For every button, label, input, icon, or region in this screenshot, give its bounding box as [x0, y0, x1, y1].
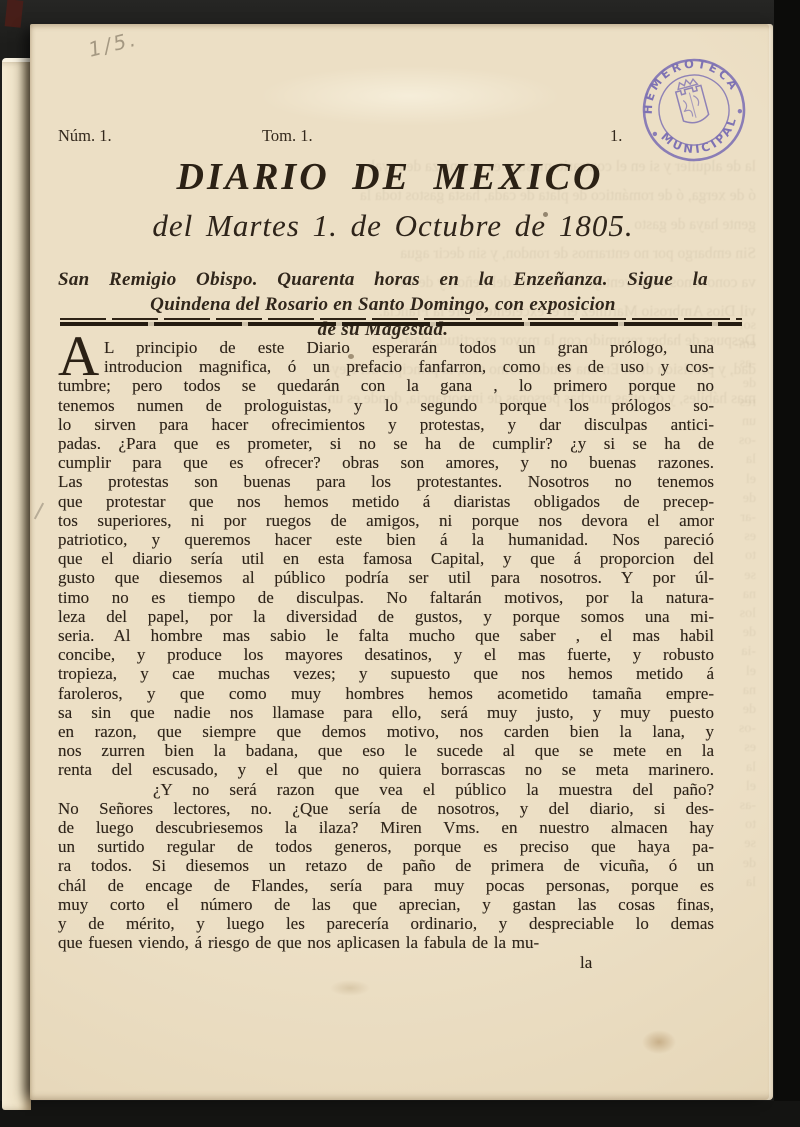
body-line: tos superiores, ni por ruegos de amigos,…: [58, 511, 714, 530]
body-line: seria. Al hombre mas sabio le falta much…: [58, 626, 714, 645]
body-line: que protestar que nos hemos metido á dia…: [58, 492, 714, 511]
body-line: que el diario sería util en esta famosa …: [58, 549, 714, 568]
pencil-shelf-note: 1/5.: [86, 26, 141, 62]
body-line: renta del escusado, y el que no quiera b…: [58, 760, 714, 779]
scan-backdrop-bottom: [0, 1101, 800, 1127]
body-line: tumbre; pero todos se quedarán con la ga…: [58, 376, 714, 395]
newspaper-page: la de alquiler y si en el contrario most…: [30, 24, 773, 1100]
paper-crease: [260, 66, 560, 126]
body-line: L principio de este Diario esperarán tod…: [58, 338, 714, 357]
body-line: leza del papel, por la diversidad de gus…: [58, 607, 714, 626]
binding-mark: [5, 0, 24, 28]
library-stamp: HEMEROTECA MUNICIPAL: [632, 48, 756, 172]
issue-number: Núm. 1.: [58, 126, 112, 146]
svg-text:HEMEROTECA: HEMEROTECA: [632, 48, 743, 118]
body-line: No Señores lectores, no. ¿Que sería de n…: [58, 799, 714, 818]
body-line: que fuesen viendo, á riesgo de que nos a…: [58, 933, 714, 952]
body-line: y de mérito, y luego les parecería ordin…: [58, 914, 714, 933]
body-line: de luego descubriesemos la ilaza? Miren …: [58, 818, 714, 837]
body-line: introducion magnifica, ó un prefacio fan…: [58, 357, 714, 376]
body-line: concibe, y produce los mayores desatinos…: [58, 645, 714, 664]
drop-cap: A: [58, 335, 104, 372]
body-line: chál de encage de Flandes, sería para mu…: [58, 876, 714, 895]
body-line: ra todos. Si diesemos un retazo de paño …: [58, 856, 714, 875]
body-line: gusto que diesemos al público podría ser…: [58, 568, 714, 587]
body-line: faroleros, y que como muy hombres hemos …: [58, 684, 714, 703]
body-line: tropieza, y cae muchas vezes; y supuesto…: [58, 664, 714, 683]
paper-stain: [642, 1030, 676, 1054]
folio-page-number: 1.: [610, 126, 622, 146]
body-line: cumplir para que es ofrecer? obras son a…: [58, 453, 714, 472]
masthead-row: Núm. 1. Tom. 1. 1.: [58, 126, 743, 148]
body-line: un surtido regular de todos generos, por…: [58, 837, 714, 856]
calendar-line: Quindena del Rosario en Santo Domingo, c…: [58, 292, 708, 317]
stamp-text-top: HEMEROTECA: [632, 48, 743, 118]
underlying-page-edge: [2, 58, 31, 1110]
body-line: Las protestas son buenas para los protes…: [58, 472, 714, 491]
catchword: la: [580, 953, 714, 972]
body-line: padas. ¿Para que es prometer, si no se h…: [58, 434, 714, 453]
body-line: ¿Y no será razon que vea el público la m…: [58, 780, 714, 799]
scan-backdrop-right: [774, 0, 800, 1127]
paper-stain: [330, 980, 370, 996]
scanned-newspaper-page: la de alquiler y si en el contrario most…: [0, 0, 800, 1127]
body-line: nos zurren bien la badana, que eso le su…: [58, 741, 714, 760]
body-line: patriotico, y queremos hacer este bien á…: [58, 530, 714, 549]
pencil-margin-mark: [34, 503, 44, 520]
calendar-line: San Remigio Obispo. Quarenta horas en la…: [58, 267, 708, 292]
body-line: tenemos numen de prologuistas, y lo segu…: [58, 396, 714, 415]
saints-calendar: San Remigio Obispo. Quarenta horas en la…: [58, 267, 708, 342]
article-body: A L principio de este Diario esperarán t…: [58, 338, 714, 972]
body-line: sa sin que nadie nos llamase para ello, …: [58, 703, 714, 722]
dateline: del Martes 1. de Octubre de 1805.: [30, 208, 756, 244]
body-line: lo sirven para hacer ofrecimientos y pro…: [58, 415, 714, 434]
newspaper-title: DIARIO DE MEXICO: [30, 155, 750, 199]
body-line: timo no es tiempo de disculpas. No falta…: [58, 588, 714, 607]
body-line: muy corto el número de las que aprecian,…: [58, 895, 714, 914]
double-rule-divider: [60, 318, 742, 326]
body-line: en razon, que siempre que demos motivo, …: [58, 722, 714, 741]
volume-number: Tom. 1.: [262, 126, 313, 146]
